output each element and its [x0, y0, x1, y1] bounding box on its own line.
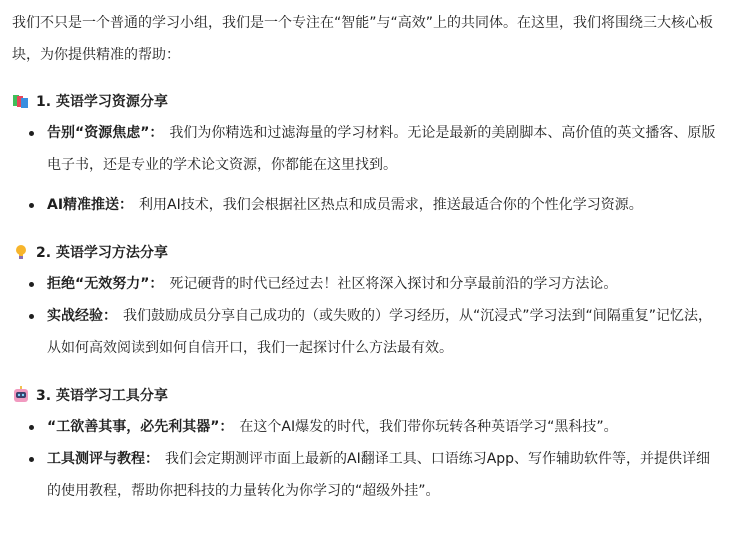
section-title: 2. 英语学习方法分享	[36, 242, 168, 262]
list-item: 拒绝“无效努力”：死记硬背的时代已经过去！社区将深入探讨和分享最前沿的学习方法论…	[12, 268, 718, 300]
section-title: 3. 英语学习工具分享	[36, 385, 168, 405]
list-item: AI精准推送：利用AI技术，我们会根据社区热点和成员需求，推送最适合你的个性化学…	[12, 189, 718, 221]
bullet-icon	[29, 457, 34, 462]
item-lead: AI精准推送：	[47, 197, 133, 213]
section-methods: 2. 英语学习方法分享 拒绝“无效努力”：死记硬背的时代已经过去！社区将深入探讨…	[12, 236, 718, 364]
light-bulb-icon	[12, 243, 30, 261]
item-lead: 告别“资源焦虑”：	[47, 125, 163, 141]
item-lead: 实战经验：	[47, 308, 117, 324]
item-lead: “工欲善其事，必先利其器”：	[47, 419, 233, 435]
item-text: 在这个AI爆发的时代，我们带你玩转各种英语学习“黑科技”。	[239, 419, 617, 435]
item-lead: 拒绝“无效努力”：	[47, 276, 163, 292]
section-title: 1. 英语学习资源分享	[36, 91, 168, 111]
section-heading: 2. 英语学习方法分享	[12, 236, 718, 268]
robot-icon	[12, 386, 30, 404]
section-tools: 3. 英语学习工具分享 “工欲善其事，必先利其器”：在这个AI爆发的时代，我们带…	[12, 379, 718, 507]
item-text: 利用AI技术，我们会根据社区热点和成员需求，推送最适合你的个性化学习资源。	[139, 197, 643, 213]
list-item: “工欲善其事，必先利其器”：在这个AI爆发的时代，我们带你玩转各种英语学习“黑科…	[12, 411, 718, 443]
bullet-icon	[29, 203, 34, 208]
section-resources: 1. 英语学习资源分享 告别“资源焦虑”：我们为你精选和过滤海量的学习材料。无论…	[12, 85, 718, 221]
intro-paragraph: 我们不只是一个普通的学习小组，我们是一个专注在“智能”与“高效”上的共同体。在这…	[12, 7, 718, 71]
item-text: 我们鼓励成员分享自己成功的（或失败的）学习经历，从“沉浸式”学习法到“间隔重复”…	[47, 308, 712, 356]
document: 我们不只是一个普通的学习小组，我们是一个专注在“智能”与“高效”上的共同体。在这…	[0, 0, 730, 507]
bullet-icon	[29, 131, 34, 136]
bullet-icon	[29, 425, 34, 430]
section-heading: 1. 英语学习资源分享	[12, 85, 718, 117]
item-lead: 工具测评与教程：	[47, 451, 159, 467]
section-heading: 3. 英语学习工具分享	[12, 379, 718, 411]
bullet-icon	[29, 282, 34, 287]
list-item: 实战经验：我们鼓励成员分享自己成功的（或失败的）学习经历，从“沉浸式”学习法到“…	[12, 300, 718, 364]
bullet-icon	[29, 314, 34, 319]
list-item: 告别“资源焦虑”：我们为你精选和过滤海量的学习材料。无论是最新的美剧脚本、高价值…	[12, 117, 718, 181]
books-icon	[12, 92, 30, 110]
item-text: 死记硬背的时代已经过去！社区将深入探讨和分享最前沿的学习方法论。	[169, 276, 617, 292]
list-item: 工具测评与教程：我们会定期测评市面上最新的AI翻译工具、口语练习App、写作辅助…	[12, 443, 718, 507]
